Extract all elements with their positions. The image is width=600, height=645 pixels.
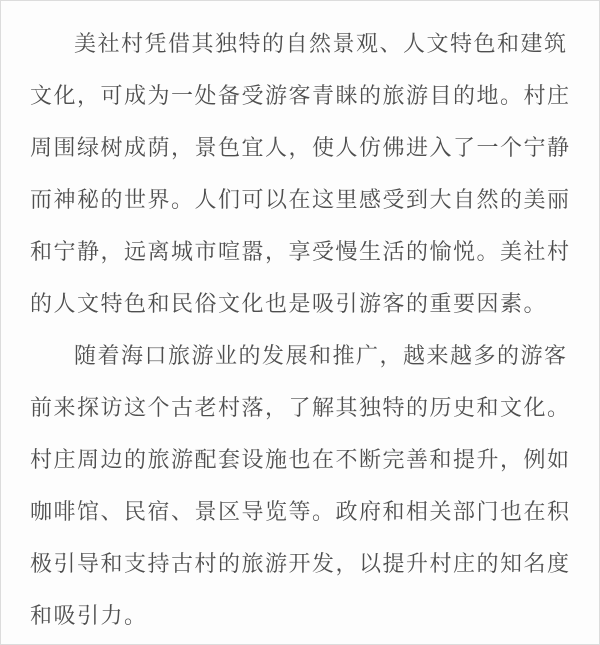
text-line: 极引导和支持古村的旅游开发，以提升村庄的知名度 [30, 538, 570, 590]
text-line: 而神秘的世界。人们可以在这里感受到大自然的美丽 [30, 174, 570, 226]
text-line: 和宁静，远离城市喧嚣，享受慢生活的愉悦。美社村 [30, 226, 570, 278]
text-line: 随着海口旅游业的发展和推广，越来越多的游客 [30, 330, 570, 382]
text-line: 村庄周边的旅游配套设施也在不断完善和提升，例如 [30, 434, 570, 486]
text-line: 美社村凭借其独特的自然景观、人文特色和建筑 [30, 18, 570, 70]
text-line: 文化，可成为一处备受游客青睐的旅游目的地。村庄 [30, 70, 570, 122]
text-line: 咖啡馆、民宿、景区导览等。政府和相关部门也在积 [30, 486, 570, 538]
article-text: 美社村凭借其独特的自然景观、人文特色和建筑文化，可成为一处备受游客青睐的旅游目的… [1, 1, 599, 642]
text-line: 周围绿树成荫，景色宜人，使人仿佛进入了一个宁静 [30, 122, 570, 174]
text-line: 的人文特色和民俗文化也是吸引游客的重要因素。 [30, 278, 570, 330]
paragraph: 美社村凭借其独特的自然景观、人文特色和建筑文化，可成为一处备受游客青睐的旅游目的… [30, 18, 570, 330]
text-line: 前来探访这个古老村落，了解其独特的历史和文化。 [30, 382, 570, 434]
text-line: 和吸引力。 [30, 590, 570, 642]
paragraph: 随着海口旅游业的发展和推广，越来越多的游客前来探访这个古老村落，了解其独特的历史… [30, 330, 570, 642]
document-page: 美社村凭借其独特的自然景观、人文特色和建筑文化，可成为一处备受游客青睐的旅游目的… [0, 0, 600, 645]
